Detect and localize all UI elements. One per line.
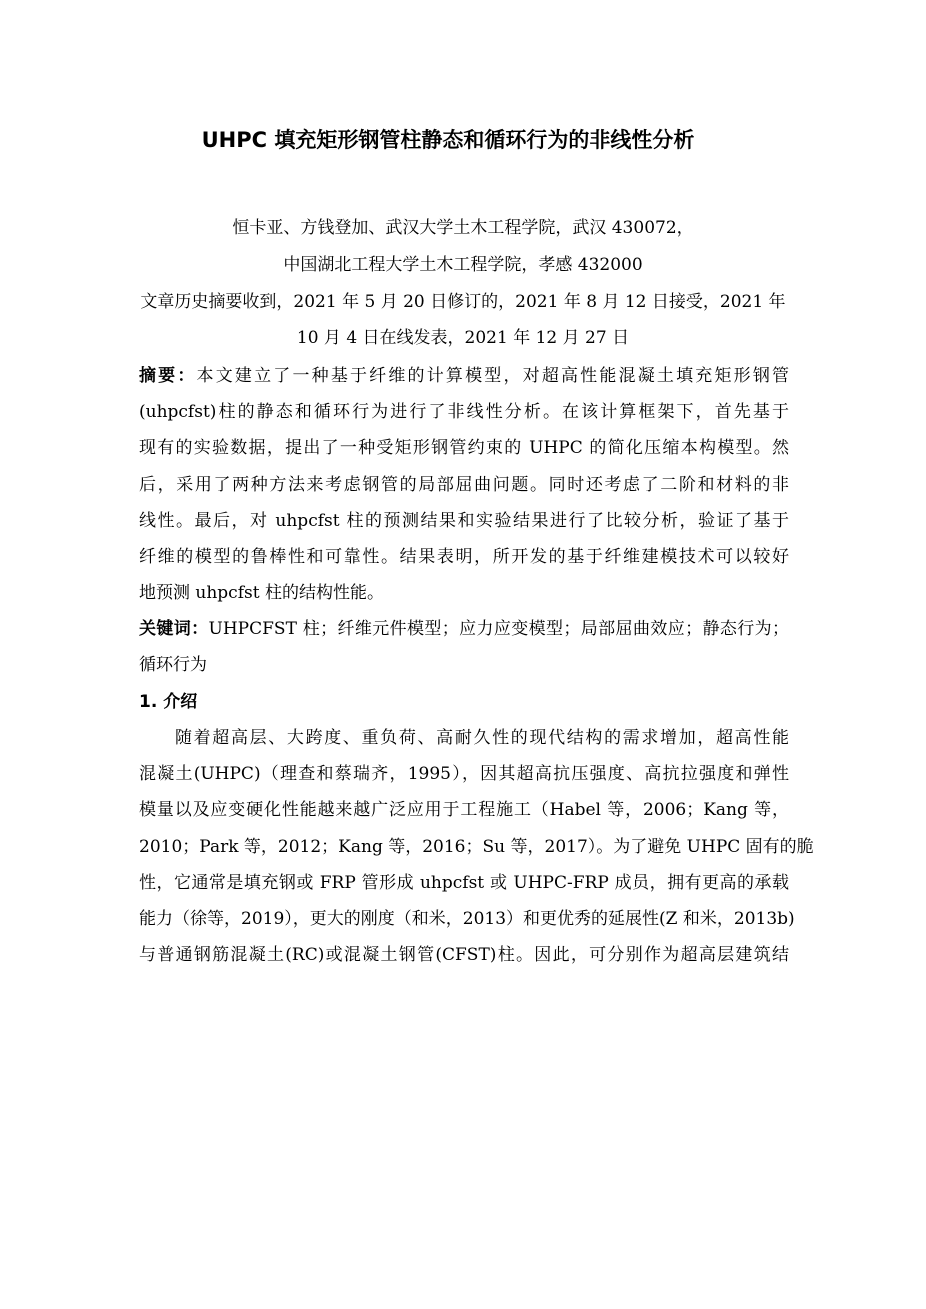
abstract: 摘要：本文建立了一种基于纤维的计算模型，对超高性能混凝土填充矩形钢管 (uhpc… xyxy=(139,358,789,611)
abstract-line: 现有的实验数据，提出了一种受矩形钢管约束的 UHPC 的简化压缩本构模型。然 xyxy=(139,430,789,466)
abstract-line: (uhpcfst)柱的静态和循环行为进行了非线性分析。在该计算框架下，首先基于 xyxy=(139,394,789,430)
keywords-line: 循环行为 xyxy=(139,647,789,683)
abstract-line: 地预测 uhpcfst 柱的结构性能。 xyxy=(139,575,789,611)
abstract-line: 后，采用了两种方法来考虑钢管的局部屈曲问题。同时还考虑了二阶和材料的非 xyxy=(139,467,789,503)
abstract-label: 摘要： xyxy=(139,366,197,386)
paper-page: UHPC 填充矩形钢管柱静态和循环行为的非线性分析 恒卡亚、方钱登加、武汉大学土… xyxy=(0,0,926,1309)
paper-title: UHPC 填充矩形钢管柱静态和循环行为的非线性分析 xyxy=(0,124,926,154)
history-line-1: 文章历史摘要收到，2021 年 5 月 20 日修订的，2021 年 8 月 1… xyxy=(139,290,787,314)
keywords: 关键词：UHPCFST 柱；纤维元件模型；应力应变模型；局部屈曲效应；静态行为；… xyxy=(139,611,789,683)
body-line: 与普通钢筋混凝土(RC)或混凝土钢管(CFST)柱。因此，可分别作为超高层建筑结 xyxy=(139,937,789,973)
authors-line-1: 恒卡亚、方钱登加、武汉大学土木工程学院，武汉 430072， xyxy=(139,216,787,240)
keywords-label: 关键词： xyxy=(139,619,209,639)
history-line-2: 10 月 4 日在线发表，2021 年 12 月 27 日 xyxy=(139,326,787,350)
abstract-line: 线性。最后，对 uhpcfst 柱的预测结果和实验结果进行了比较分析，验证了基于 xyxy=(139,503,789,539)
section-body: 随着超高层、大跨度、重负荷、高耐久性的现代结构的需求增加，超高性能 混凝土(UH… xyxy=(139,720,789,973)
body-line: 模量以及应变硬化性能越来越广泛应用于工程施工（Habel 等，2006；Kang… xyxy=(139,792,789,828)
section-heading: 1. 介绍 xyxy=(139,690,197,714)
paper-title-text: UHPC 填充矩形钢管柱静态和循环行为的非线性分析 xyxy=(202,124,695,154)
abstract-line: 纤维的模型的鲁棒性和可靠性。结果表明，所开发的基于纤维建模技术可以较好 xyxy=(139,539,789,575)
body-line: 能力（徐等，2019），更大的刚度（和米，2013）和更优秀的延展性(Z 和米，… xyxy=(139,901,789,937)
abstract-line: 摘要：本文建立了一种基于纤维的计算模型，对超高性能混凝土填充矩形钢管 xyxy=(139,358,789,394)
body-line: 性，它通常是填充钢或 FRP 管形成 uhpcfst 或 UHPC-FRP 成员… xyxy=(139,865,789,901)
body-line: 2010；Park 等，2012；Kang 等，2016；Su 等，2017）。… xyxy=(139,829,789,865)
body-line: 混凝土(UHPC)（理查和蔡瑞齐，1995），因其超高抗压强度、高抗拉强度和弹性 xyxy=(139,756,789,792)
authors-line-2: 中国湖北工程大学土木工程学院，孝感 432000 xyxy=(139,253,787,277)
body-line: 随着超高层、大跨度、重负荷、高耐久性的现代结构的需求增加，超高性能 xyxy=(139,720,789,756)
keywords-line: 关键词：UHPCFST 柱；纤维元件模型；应力应变模型；局部屈曲效应；静态行为； xyxy=(139,611,789,647)
